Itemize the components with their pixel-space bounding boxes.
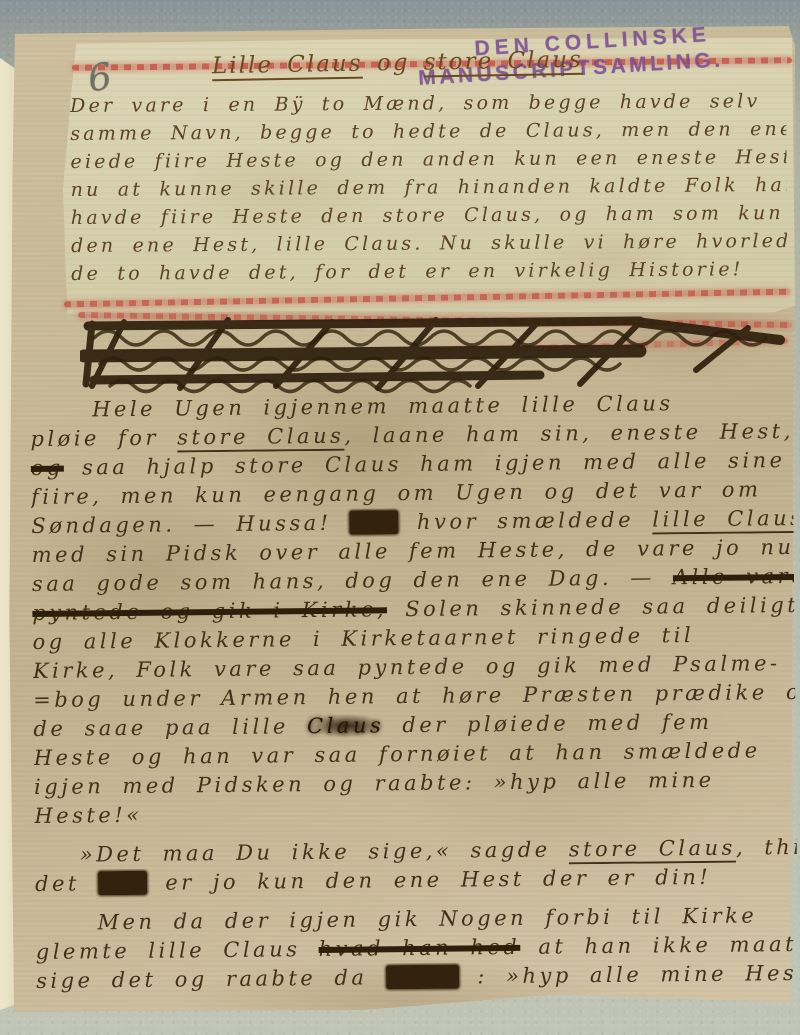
- text-segment: saa hjalp store Claus ham igjen med alle…: [64, 448, 786, 480]
- text-segment: fiire, men kun eengang om Ugen og det va…: [31, 477, 762, 509]
- manuscript-paragraph: Men da der igjen gik Nogen forbi til Kir…: [35, 901, 798, 996]
- text-segment: Heste!«: [34, 803, 142, 828]
- manuscript-body: Hele Ugen igjennem maatte lille Clausplø…: [30, 388, 798, 1006]
- text-segment: med sin Pidsk over alle fem Heste, de va…: [32, 535, 794, 567]
- text-segment: »Det maa Du ikke sige,« sagde: [80, 837, 569, 866]
- obliterated-word: ———: [385, 965, 459, 990]
- manuscript-paragraph: Hele Ugen igjennem maatte lille Clausplø…: [30, 388, 797, 831]
- text-segment: pyntede og gik i Kirke,: [32, 597, 387, 625]
- obliterated-word: ——: [98, 871, 147, 896]
- obliterated-word: ——: [350, 510, 399, 535]
- manuscript-line: de to havde det, for det er en virkelig …: [71, 255, 787, 288]
- text-segment: Claus: [307, 713, 384, 738]
- text-segment: at han ikke maatte: [520, 932, 798, 959]
- ink-scribble: [80, 314, 794, 400]
- text-segment: Søndagen. — Hussa!: [31, 511, 350, 538]
- text-segment: hvor smældede: [399, 507, 653, 534]
- text-segment: samme Navn, begge to hedte de Claus, men…: [70, 118, 786, 145]
- text-segment: de saae paa lille: [33, 714, 307, 741]
- text-segment: igjen med Pidsken og raabte: »hyp alle m…: [34, 768, 715, 799]
- deleted-passage-scribble: [80, 314, 794, 400]
- manuscript-scan: 6 DEN COLLINSKE MANUSCRIPTSAMLING. Lille…: [0, 0, 800, 1035]
- text-segment: nu at kunne skille dem fra hinanden kald…: [71, 173, 787, 201]
- text-segment: store Claus: [569, 836, 736, 862]
- text-segment: Alle vare: [673, 564, 794, 589]
- text-segment: Hele Ugen igjennem maatte lille Claus: [92, 391, 674, 421]
- text-segment: store Claus: [177, 424, 344, 450]
- manuscript-paragraph: »Det maa Du ikke sige,« sagde store Clau…: [35, 833, 798, 899]
- text-segment: sige det og raabte da: [36, 965, 386, 993]
- text-segment: havde fiire Heste den store Claus, og ha…: [71, 201, 787, 229]
- text-segment: : »hyp alle mine Heste!«: [459, 960, 798, 988]
- opening-paragraph: Der vare i en Bÿ to Mænd, som begge havd…: [70, 87, 787, 288]
- text-segment: eiede fiire Heste og den anden kun een e…: [70, 146, 786, 173]
- text-segment: , thi: [736, 835, 797, 860]
- text-segment: den ene Hest, lille Claus. Nu skulle vi …: [71, 230, 787, 257]
- text-segment: Heste og han var saa fornøiet at han smæ…: [34, 738, 761, 770]
- text-segment: og alle Klokkerne i Kirketaarnet ringede…: [32, 623, 694, 654]
- text-segment: glemte lille Claus: [36, 937, 319, 964]
- text-segment: Der vare i en Bÿ to Mænd, som begge havd…: [70, 90, 760, 117]
- text-segment: lille Claus: [652, 506, 793, 532]
- text-segment: og: [31, 456, 64, 480]
- text-segment: hvad han hed: [318, 935, 520, 961]
- text-segment: pløie for: [30, 425, 177, 451]
- text-segment: store Claus: [424, 47, 584, 76]
- text-segment: Kirke, Folk vare saa pyntede og gik med …: [33, 651, 781, 683]
- text-segment: saa gode som hans, dog den ene Dag. —: [32, 565, 673, 596]
- text-segment: er jo kun den ene Hest der er din!: [147, 865, 711, 895]
- text-segment: =bog under Armen hen at høre Præsten præ…: [33, 680, 795, 712]
- text-segment: Solen skinnede saa deiligt: [387, 593, 795, 621]
- text-segment: Lille Claus: [212, 51, 363, 80]
- text-segment: Men da der igjen gik Nogen forbi til Kir…: [97, 903, 757, 934]
- text-segment: der pløiede med fem: [384, 710, 713, 737]
- text-segment: de to havde det, for det er en virkelig …: [71, 258, 743, 285]
- text-segment: det: [35, 871, 98, 896]
- text-segment: og: [362, 50, 424, 77]
- text-segment: , laane ham sin, eneste Hest,: [344, 419, 792, 448]
